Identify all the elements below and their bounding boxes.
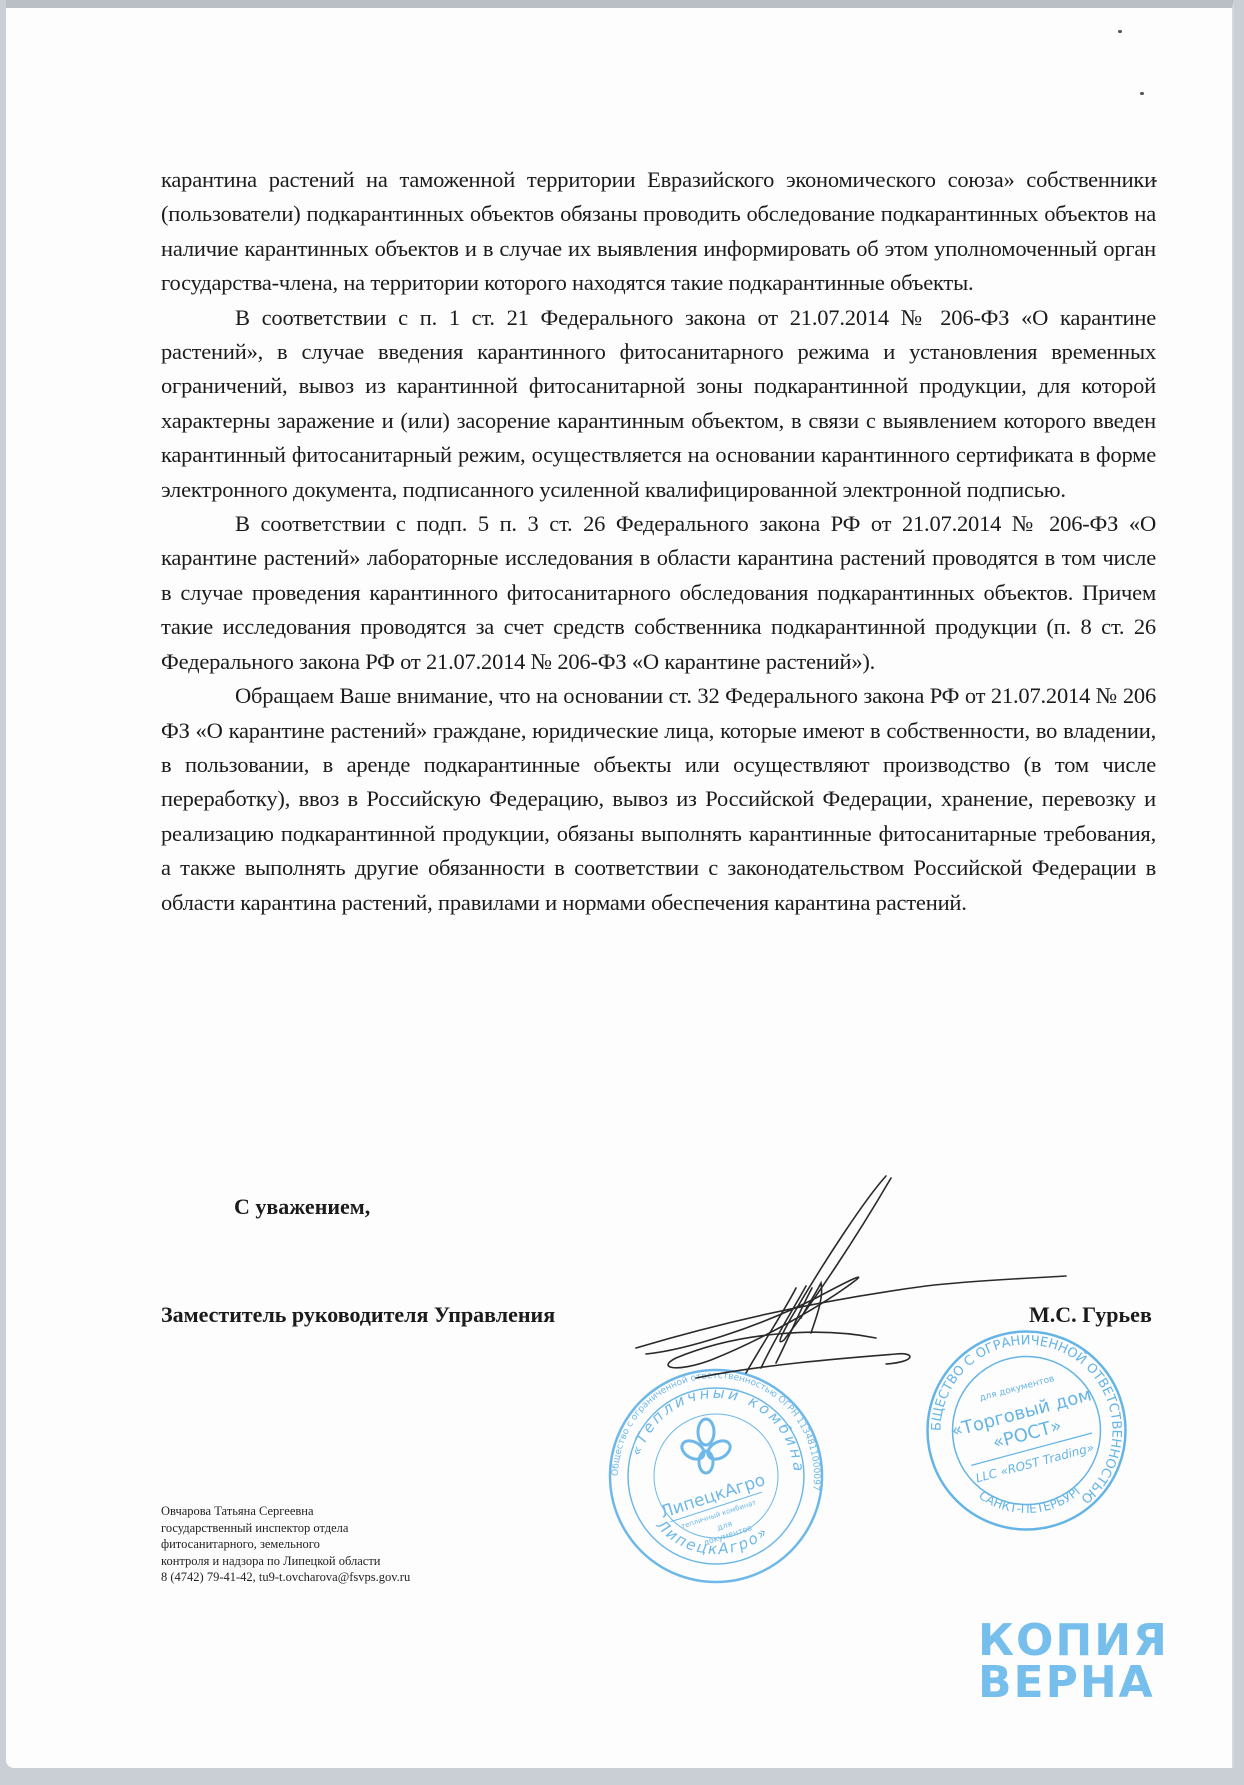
signer-position: Заместитель руководителя Управления — [161, 1302, 555, 1328]
executor-title-2: фитосанитарного, земельного — [161, 1536, 410, 1553]
paragraph-2: В соответствии с п. 1 ст. 21 Федеральног… — [161, 301, 1156, 507]
flower-logo-icon — [679, 1419, 734, 1473]
scan-speck — [1118, 30, 1122, 33]
svg-text:САНКТ-ПЕТЕРБУРГ: САНКТ-ПЕТЕРБУРГ — [976, 1482, 1085, 1516]
stamp-latin-name: LLC «ROST Trading» — [974, 1440, 1095, 1485]
scanned-letter-page: карантина растений на таможенной террито… — [6, 0, 1234, 1768]
closing-salutation: С уважением, — [234, 1194, 370, 1220]
copy-certified-stamp: КОПИЯ ВЕРНА — [978, 1620, 1169, 1704]
executor-name: Овчарова Татьяна Сергеевна — [161, 1503, 410, 1520]
rost-trading-stamp: ОБЩЕСТВО С ОГРАНИЧЕННОЙ ОТВЕТСТВЕННОСТЬЮ… — [924, 1328, 1129, 1533]
copy-stamp-line-2: ВЕРНА — [978, 1662, 1169, 1704]
executor-info: Овчарова Татьяна Сергеевна государственн… — [161, 1503, 410, 1586]
stamp-location-text: САНКТ-ПЕТЕРБУРГ — [976, 1482, 1085, 1516]
scan-speck — [1140, 92, 1144, 95]
paragraph-4: Обращаем Ваше внимание, что на основании… — [161, 679, 1156, 920]
copy-stamp-line-1: КОПИЯ — [978, 1620, 1169, 1662]
executor-contacts: 8 (4742) 79-41-42, tu9-t.ovcharova@fsvps… — [161, 1569, 410, 1586]
letter-body: карантина растений на таможенной террито… — [161, 163, 1156, 920]
executor-title-1: государственный инспектор отдела — [161, 1520, 410, 1537]
paragraph-1: карантина растений на таможенной террито… — [161, 163, 1156, 301]
paragraph-3: В соответствии с подп. 5 п. 3 ст. 26 Фед… — [161, 507, 1156, 679]
executor-title-3: контроля и надзора по Липецкой области — [161, 1553, 410, 1570]
lipetskagro-stamp: Общество с ограниченной ответственностью… — [606, 1366, 826, 1586]
